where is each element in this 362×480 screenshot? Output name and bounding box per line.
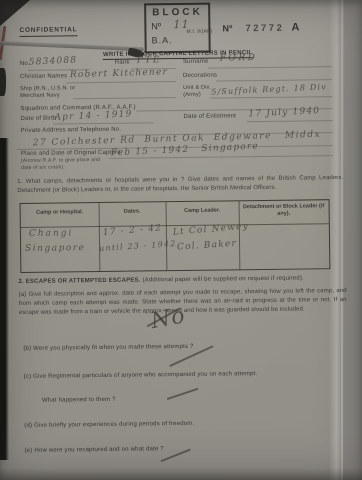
questionnaire-form: CONFIDENTIAL BLOCK Nº 11 B.A. M.I. 9/(AP… (0, 0, 362, 480)
table-cell-leader-line2: Col. Baker (177, 240, 237, 254)
serial-no-label: Nº (222, 23, 232, 34)
table-header-camp: Camp or Hospital. (21, 209, 99, 217)
field-value-surname: FORD (220, 54, 258, 64)
field-rule (54, 122, 154, 124)
table-header-leader: Camp Leader. (166, 207, 239, 215)
document-photo: CONFIDENTIAL BLOCK Nº 11 B.A. M.I. 9/(AP… (0, 0, 362, 480)
table-cell-dates-line1: 17 - 2 - 42 (103, 224, 163, 239)
field-value-unit-div: 5/Suffolk Regt. 18 Div (211, 83, 327, 97)
field-value-enlistment: 17 July 1940 (248, 107, 320, 120)
question-2c-text: (c) Give Regimental particulars of anyon… (24, 370, 334, 381)
field-rule (216, 79, 332, 81)
field-note-capture: (Aircrew R.A.F. to give place and date o… (21, 157, 103, 171)
field-label-christian-names: Christian Names (20, 73, 67, 81)
question-2-heading: 2. ESCAPES OR ATTEMPTED ESCAPES. (Additi… (18, 275, 348, 287)
table-cell-dates-line2: until 23 - 1942 (99, 240, 177, 254)
table-header-detachment: Detachment or Block Leader (if any). (241, 203, 327, 218)
field-rule (247, 120, 333, 122)
field-label-surname: Surname (183, 59, 209, 67)
table-cell-camp-line1: Changi (29, 229, 74, 239)
block-stamp-no-label: Nº (151, 21, 161, 31)
field-value-christian-names: Robert Kitchener (70, 68, 168, 81)
block-stamp-ba: B.A. (151, 35, 172, 45)
field-rule (210, 96, 332, 98)
field-rule (66, 81, 176, 83)
mi9-reference: M.I. 9/(AP) (186, 29, 212, 36)
field-rule (73, 97, 176, 99)
field-label-rank: Rank (115, 60, 130, 68)
classification-stamp: CONFIDENTIAL (19, 26, 77, 37)
field-label-enlistment: Date of Enlistment (183, 113, 236, 121)
field-rule (208, 66, 332, 69)
field-label-address: Private Address and Telephone No. (21, 127, 122, 136)
answer-no-handwriting: No (149, 304, 188, 334)
field-label-unit-div: Unit & Div. (Army) (183, 85, 213, 99)
question-2-heading-main: 2. ESCAPES OR ATTEMPTED ESCAPES. (18, 277, 140, 284)
question-2d-text: (d) Give briefly your experiences during… (24, 419, 334, 430)
serial-number-stamp: 72772 (245, 23, 284, 35)
question-2-heading-note: (Additional paper will be supplied on re… (142, 276, 304, 284)
field-label-decorations: Decorations (183, 73, 217, 81)
question-2c2-text: What happened to them ? (42, 395, 242, 405)
table-header-dates: Dates. (99, 208, 166, 216)
question-1-text: 1. What camps, detachments or hospitals … (17, 174, 343, 196)
field-label-dob: Date of Birth (20, 116, 56, 124)
field-value-rank: PTE (137, 56, 162, 66)
field-label-ship: Ship (R.N., U.S.N. or Merchant Navy (20, 85, 80, 99)
table-cell-camp-line2: Singapore (25, 244, 85, 255)
camps-table: Camp or Hospital. Dates. Camp Leader. De… (20, 199, 331, 273)
question-2b-text: (b) Were you physically fit when you mad… (23, 343, 273, 354)
field-value-no: 5834088 (29, 56, 78, 68)
block-stamp-title: BLOCK (152, 7, 203, 19)
series-letter: A (291, 22, 299, 36)
